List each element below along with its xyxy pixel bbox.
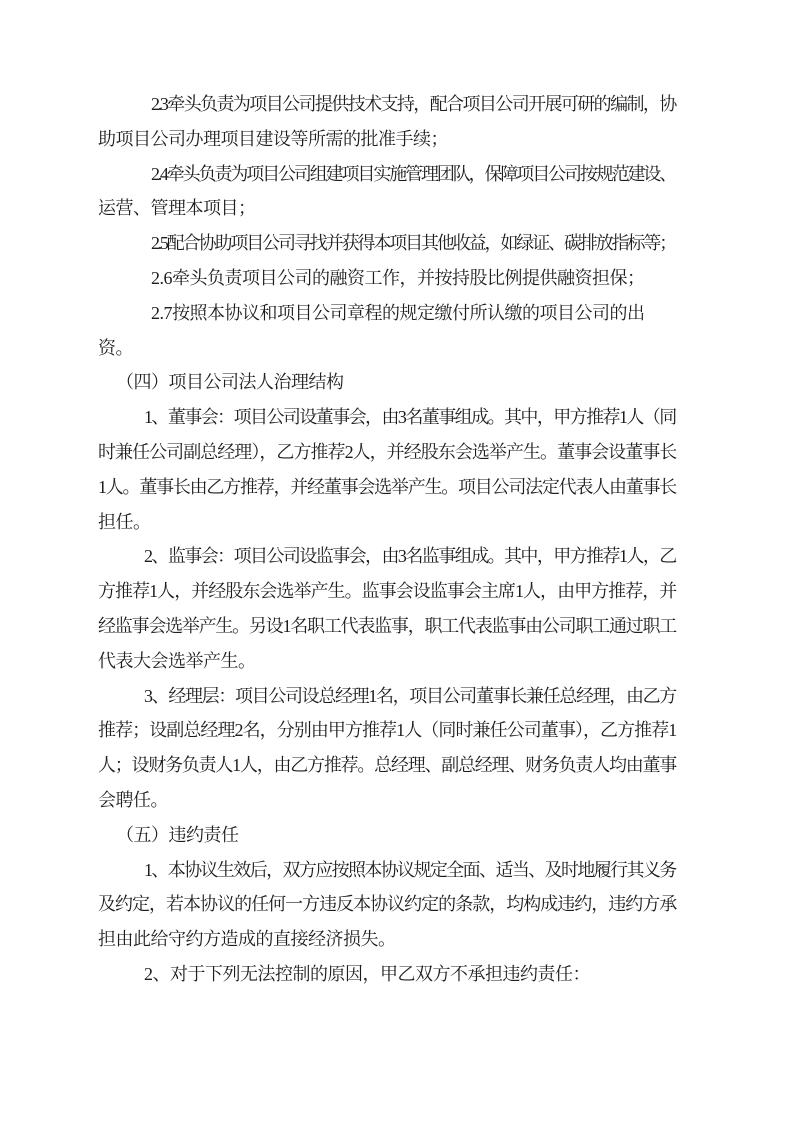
text-line: 2.3牵头负责为项目公司提供技术支持，配合项目公司开展可研的编制，协 <box>98 87 675 122</box>
text-line: 运营、管理本项目； <box>98 191 675 226</box>
clause-2-4: 2.4牵头负责为项目公司组建项目实施管理团队，保障项目公司按规范建设、 运营、管… <box>98 157 675 227</box>
clause-2-6: 2.6牵头负责项目公司的融资工作，并按持股比例提供融资担保； <box>98 261 675 296</box>
text-line: 会聘任。 <box>98 783 675 818</box>
item-board-of-directors: 1、董事会：项目公司设董事会，由3名董事组成。其中，甲方推荐1人（同 时兼任公司… <box>98 400 675 539</box>
text-line: 2.5配合协助项目公司寻找并获得本项目其他收益，如绿证、碳排放指标等； <box>98 226 675 261</box>
text-line: 担由此给守约方造成的直接经济损失。 <box>98 922 675 957</box>
text-line: 1、董事会：项目公司设董事会，由3名董事组成。其中，甲方推荐1人（同 <box>98 400 675 435</box>
item-breach-liability-1: 1、本协议生效后，双方应按照本协议规定全面、适当、及时地履行其义务 及约定，若本… <box>98 853 675 957</box>
text-line: 经监事会选举产生。另设1名职工代表监事，职工代表监事由公司职工通过职工 <box>98 609 675 644</box>
item-management-level: 3、经理层：项目公司设总经理1名，项目公司董事长兼任总经理，由乙方 推荐；设副总… <box>98 679 675 818</box>
text-line: 2.7按照本协议和项目公司章程的规定缴付所认缴的项目公司的出资。 <box>98 296 675 366</box>
text-line: 助项目公司办理项目建设等所需的批准手续； <box>98 122 675 157</box>
text-line: 及约定，若本协议的任何一方违反本协议约定的条款，均构成违约，违约方承 <box>98 887 675 922</box>
text-line: 2.6牵头负责项目公司的融资工作，并按持股比例提供融资担保； <box>98 261 675 296</box>
document-body: 2.3牵头负责为项目公司提供技术支持，配合项目公司开展可研的编制，协 助项目公司… <box>98 87 675 992</box>
section-heading-4: （四）项目公司法人治理结构 <box>98 365 675 400</box>
item-breach-liability-2: 2、对于下列无法控制的原因，甲乙双方不承担违约责任： <box>98 957 675 992</box>
text-line: 方推荐1人，并经股东会选举产生。监事会设监事会主席1人，由甲方推荐，并 <box>98 574 675 609</box>
text-line: 推荐；设副总经理2名，分别由甲方推荐1人（同时兼任公司董事），乙方推荐1 <box>98 713 675 748</box>
heading-line: （四）项目公司法人治理结构 <box>98 365 675 400</box>
text-line: 3、经理层：项目公司设总经理1名，项目公司董事长兼任总经理，由乙方 <box>98 679 675 714</box>
text-line: 时兼任公司副总经理），乙方推荐2人，并经股东会选举产生。董事会设董事长 <box>98 435 675 470</box>
text-line: 担任。 <box>98 505 675 540</box>
text-line: 代表大会选举产生。 <box>98 644 675 679</box>
text-line: 人；设财务负责人1人，由乙方推荐。总经理、副总经理、财务负责人均由董事 <box>98 748 675 783</box>
document-page: 2.3牵头负责为项目公司提供技术支持，配合项目公司开展可研的编制，协 助项目公司… <box>0 0 794 1123</box>
clause-2-3: 2.3牵头负责为项目公司提供技术支持，配合项目公司开展可研的编制，协 助项目公司… <box>98 87 675 157</box>
text-line: 1人。董事长由乙方推荐，并经董事会选举产生。项目公司法定代表人由董事长 <box>98 470 675 505</box>
text-line: 2、对于下列无法控制的原因，甲乙双方不承担违约责任： <box>98 957 675 992</box>
item-board-of-supervisors: 2、监事会：项目公司设监事会，由3名监事组成。其中，甲方推荐1人，乙 方推荐1人… <box>98 539 675 678</box>
text-line: 2、监事会：项目公司设监事会，由3名监事组成。其中，甲方推荐1人，乙 <box>98 539 675 574</box>
text-line: 1、本协议生效后，双方应按照本协议规定全面、适当、及时地履行其义务 <box>98 853 675 888</box>
clause-2-5: 2.5配合协助项目公司寻找并获得本项目其他收益，如绿证、碳排放指标等； <box>98 226 675 261</box>
heading-line: （五）违约责任 <box>98 818 675 853</box>
text-line: 2.4牵头负责为项目公司组建项目实施管理团队，保障项目公司按规范建设、 <box>98 157 675 192</box>
clause-2-7: 2.7按照本协议和项目公司章程的规定缴付所认缴的项目公司的出资。 <box>98 296 675 366</box>
section-heading-5: （五）违约责任 <box>98 818 675 853</box>
